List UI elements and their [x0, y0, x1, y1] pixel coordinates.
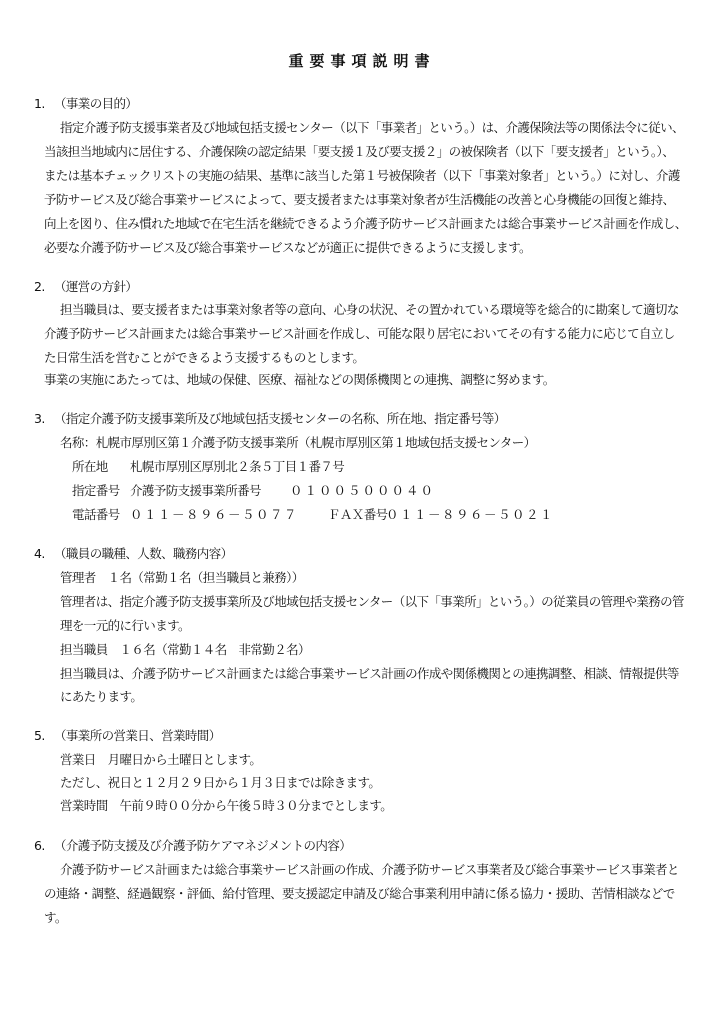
section-2-line-2: 介護予防サービス計画または総合事業サービス計画を作成し、可能な限り居宅においてそ… [44, 326, 675, 342]
section-5-heading: 5.（事業所の営業日、営業時間） [34, 728, 221, 744]
section-1-line-1: 指定介護予防支援事業者及び地域包括支援センター（以下「事業者」という。）は、介護… [60, 120, 684, 136]
contact-row: 電話番号０１１－８９６－５０７７ＦＡＸ番号０１１－８９６－５０２１ [72, 507, 554, 523]
designation-type: 介護予防支援事業所番号 [130, 483, 290, 499]
office-name-row: 名称：札幌市厚別区第１介護予防支援事業所（札幌市厚別区第１地域包括支援センター） [60, 435, 536, 451]
section-4-line-6: にあたります。 [60, 689, 142, 705]
section-3-heading: 3.（指定介護予防支援事業所及び地域包括支援センターの名称、所在地、指定番号等） [34, 411, 506, 427]
section-title: （事業の目的） [54, 96, 137, 111]
designation-number: ０１００５０００４０ [290, 483, 435, 498]
section-number: 2. [34, 279, 54, 295]
section-5-line-2: ただし、祝日と１２月２９日から１月３日までは除きます。 [60, 775, 380, 791]
section-title: （介護予防支援及び介護予防ケアマネジメントの内容） [54, 838, 351, 853]
section-number: 6. [34, 838, 54, 854]
designation-row: 指定番号介護予防支援事業所番号０１００５０００４０ [72, 483, 435, 499]
phone-number: ０１１－８９６－５０７７ [130, 507, 328, 523]
office-name-value: 札幌市厚別区第１介護予防支援事業所（札幌市厚別区第１地域包括支援センター） [96, 435, 536, 450]
section-title: （指定介護予防支援事業所及び地域包括支援センターの名称、所在地、指定番号等） [54, 411, 506, 426]
section-6-line-2: の連絡・調整、経過観察・評価、給付管理、要支援認定申請及び総合事業利用申請に係る… [44, 886, 675, 902]
document-title: 重要事項説明書 [0, 50, 724, 71]
section-title: （運営の方針） [54, 279, 137, 294]
section-number: 4. [34, 546, 54, 562]
address-value: 札幌市厚別区厚別北２条５丁目１番７号 [130, 459, 344, 474]
section-title: （職員の職種、人数、職務内容） [54, 546, 233, 561]
section-4-line-4: 担当職員 １６名（常勤１４名 非常勤２名） [60, 642, 310, 658]
section-4-line-3: 理を一元的に行います。 [60, 618, 190, 634]
section-1-line-3: または基本チェックリストの実施の結果、基準に該当した第１号被保険者（以下「事業対… [44, 168, 680, 184]
phone-label: 電話番号 [72, 507, 130, 523]
section-2-line-3: た日常生活を営むことができるよう支援するものとします。 [44, 350, 364, 366]
section-2-line-4: 事業の実施にあたっては、地域の保健、医療、福祉などの関係機関との連携、調整に努め… [44, 372, 555, 388]
section-1-line-6: 必要な介護予防サービス及び総合事業サービスなどが適正に提供できるように支援します… [44, 240, 531, 256]
section-5-line-1: 営業日 月曜日から土曜日とします。 [60, 752, 261, 768]
section-6-line-3: す。 [44, 910, 67, 926]
section-2-line-1: 担当職員は、要支援者または事業対象者等の意向、心身の状況、その置かれている環境等… [60, 302, 679, 318]
section-1-line-4: 予防サービス及び総合事業サービスによって、要支援者または事業対象者が生活機能の改… [44, 192, 674, 208]
section-2-heading: 2.（運営の方針） [34, 279, 137, 295]
designation-label: 指定番号 [72, 483, 130, 499]
section-title: （事業所の営業日、営業時間） [54, 728, 221, 743]
section-number: 5. [34, 728, 54, 744]
document-page: 重要事項説明書 1.（事業の目的） 指定介護予防支援事業者及び地域包括支援センタ… [0, 0, 724, 1024]
address-row: 所在地札幌市厚別区厚別北２条５丁目１番７号 [72, 459, 344, 475]
section-4-line-5: 担当職員は、介護予防サービス計画または総合事業サービス計画の作成や関係機関との連… [60, 666, 679, 682]
fax-label: ＦＡＸ番号 [328, 507, 386, 523]
section-number: 1. [34, 96, 54, 112]
section-1-line-5: 向上を図り、住み慣れた地域で在宅生活を継続できるよう介護予防サービス計画または総… [44, 216, 687, 232]
section-number: 3. [34, 411, 54, 427]
section-5-line-3: 営業時間 午前９時００分から午後５時３０分までとします。 [60, 798, 392, 814]
section-4-line-2: 管理者は、指定介護予防支援事業所及び地域包括支援センター（以下「事業所」という。… [60, 594, 684, 610]
section-1-heading: 1.（事業の目的） [34, 96, 137, 112]
section-4-heading: 4.（職員の職種、人数、職務内容） [34, 546, 233, 562]
section-6-heading: 6.（介護予防支援及び介護予防ケアマネジメントの内容） [34, 838, 351, 854]
section-6-line-1: 介護予防サービス計画または総合事業サービス計画の作成、介護予防サービス事業者及び… [60, 862, 679, 878]
section-1-line-2: 当該担当地域内に居住する、介護保険の認定結果「要支援１及び要支援２」の被保険者（… [44, 144, 674, 160]
address-label: 所在地 [72, 459, 130, 475]
office-name-label: 名称： [60, 435, 96, 450]
section-4-line-1: 管理者 １名（常勤１名（担当職員と兼務）） [60, 570, 304, 586]
fax-number: ０１１－８９６－５０２１ [386, 507, 554, 522]
